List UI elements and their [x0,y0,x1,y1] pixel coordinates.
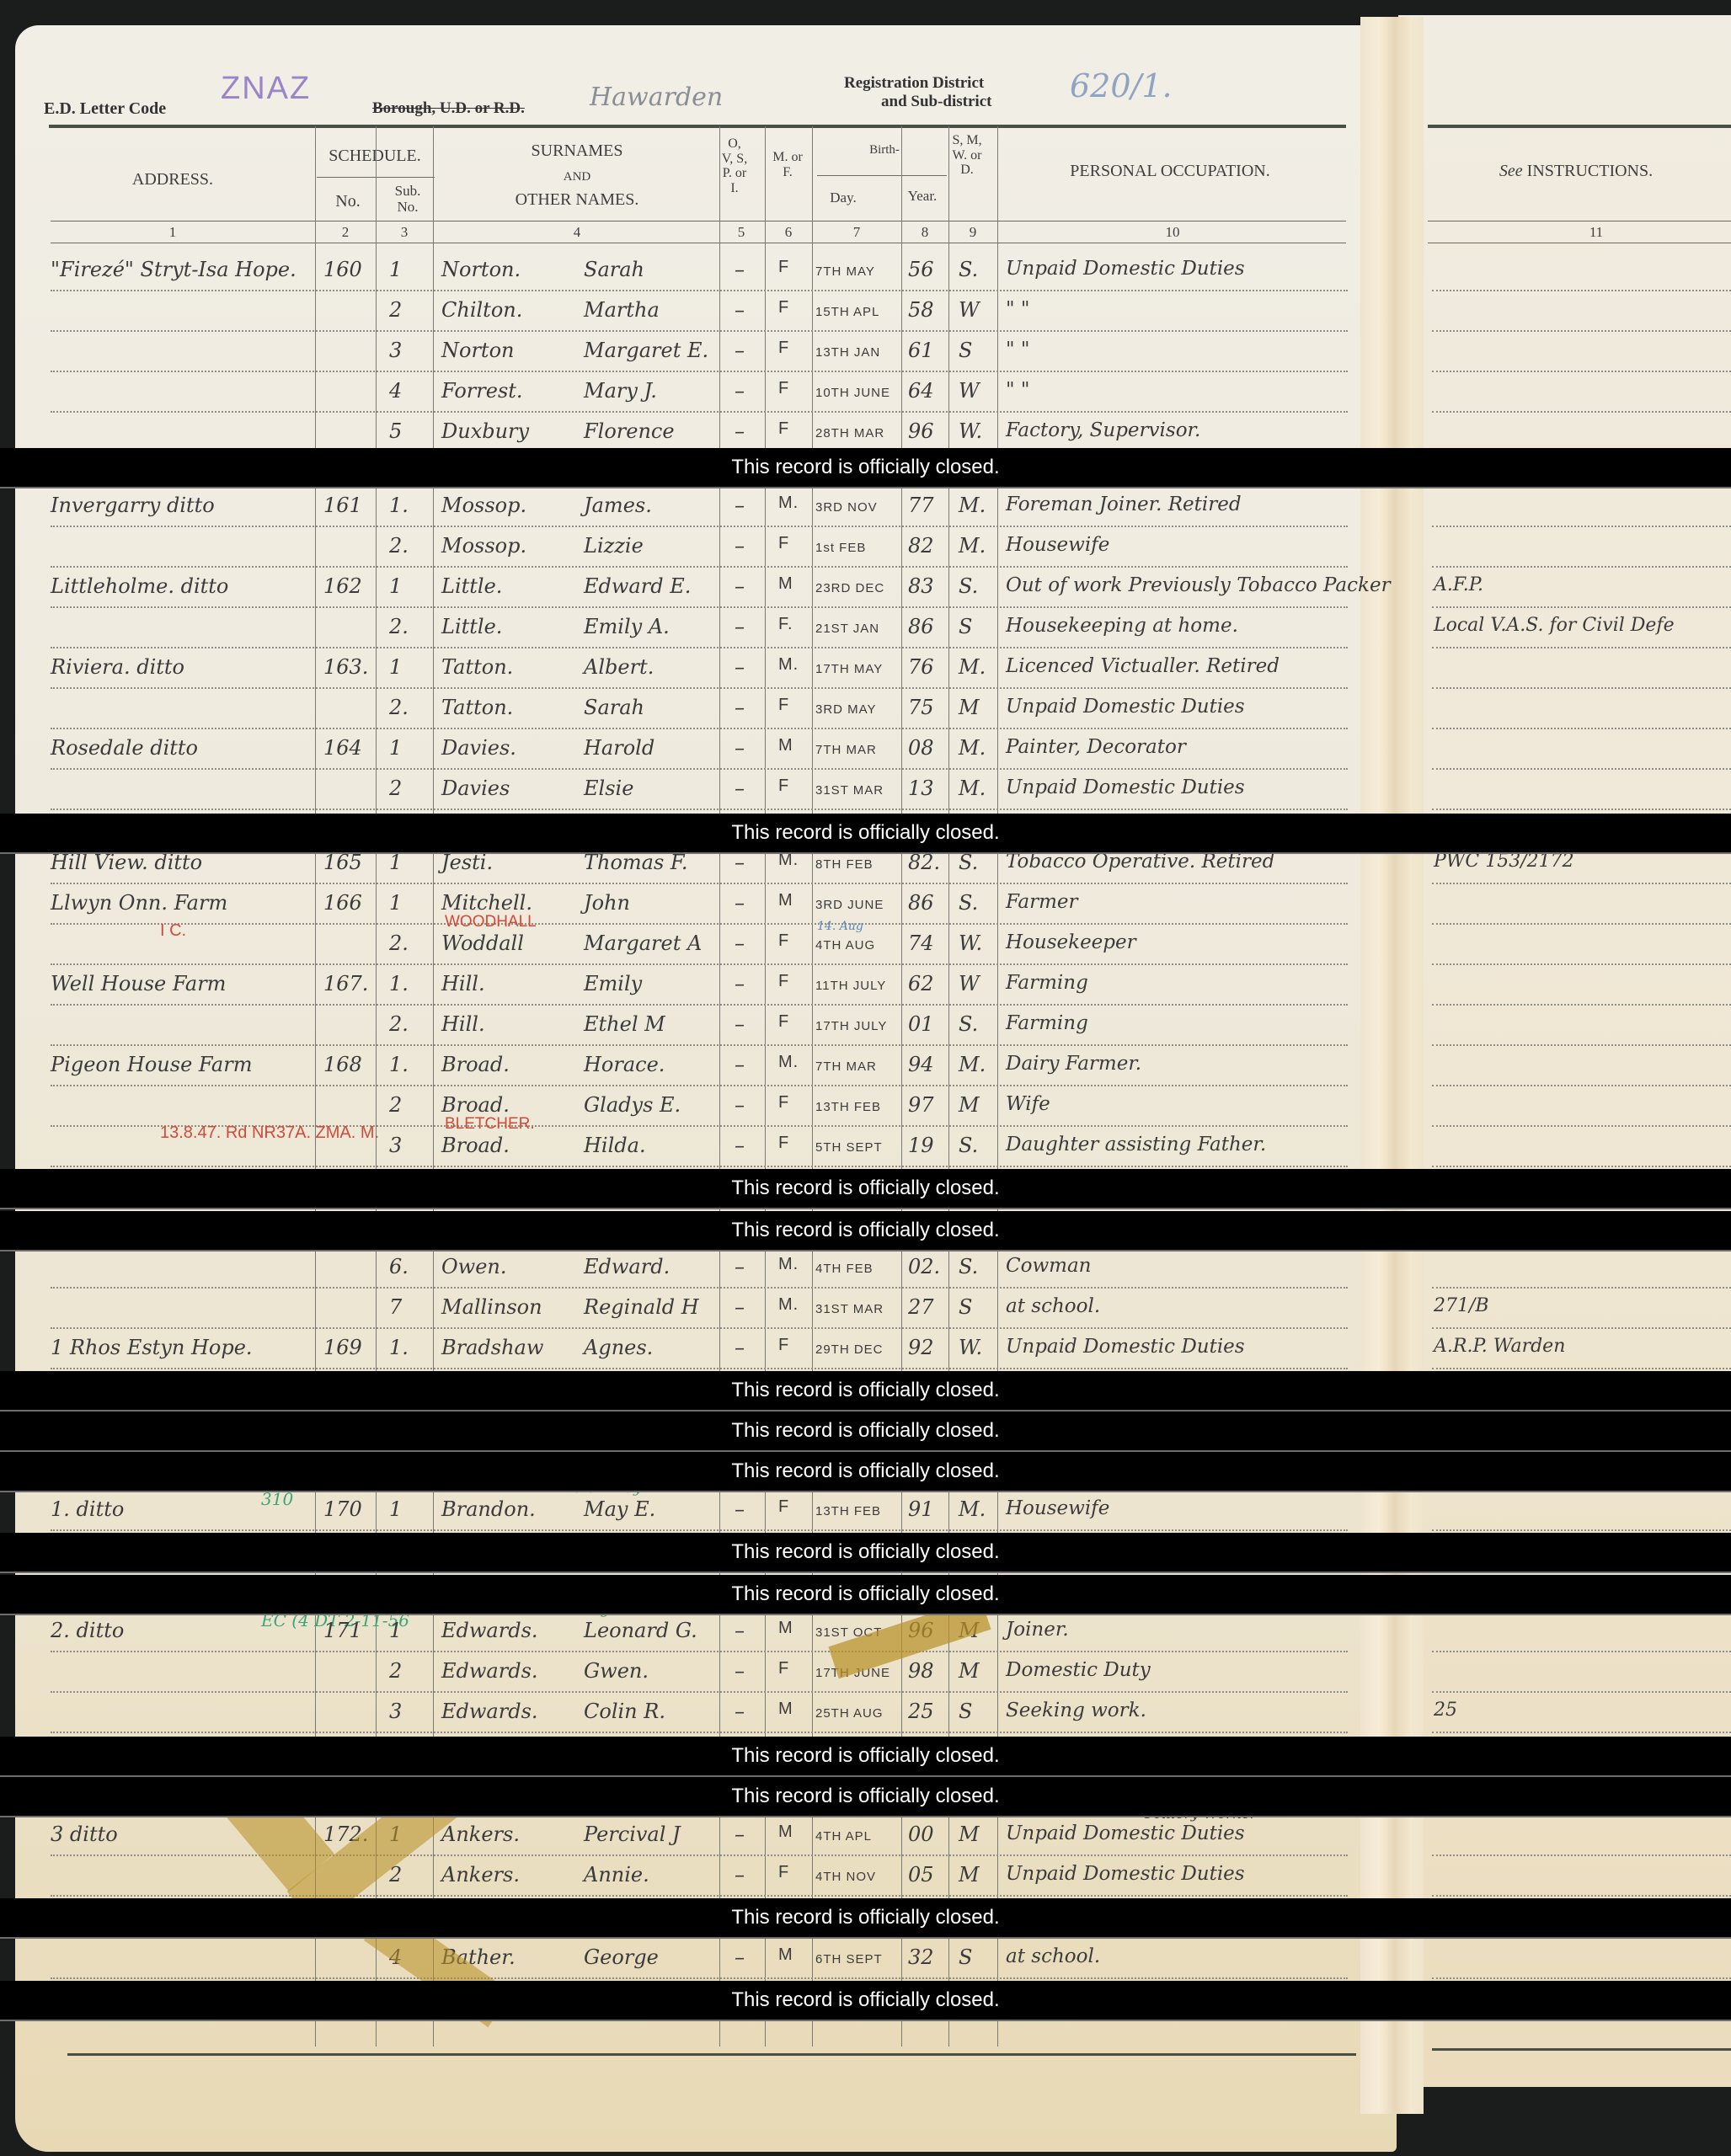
instructions-note: 25 [1434,1700,1457,1721]
row-ruling-right [1432,606,1731,608]
sub-number: 2. [389,696,409,719]
forename-cell: Margaret A [584,931,702,955]
sex-cell: M [778,1822,793,1842]
ovspi-cell: – [735,298,745,322]
birth-year-cell: 32 [908,1945,934,1969]
birth-year-cell: 96 [908,419,934,443]
forename-cell: Gwen. [584,1659,649,1683]
birth-year-cell: 92 [908,1336,934,1359]
sub-number: 1 [389,574,402,598]
census-row: "Firezé" Stryt-Isa Hope.1601Norton.Sarah… [0,253,1381,293]
closed-record-bar: This record is officially closed. [0,1412,1731,1452]
birth-year-cell: 94 [908,1053,934,1076]
ovspi-cell: – [735,696,745,719]
row-ruling [51,728,1348,729]
ovspi-cell: – [735,258,745,281]
sex-cell: F. [778,615,793,634]
marital-cell: S. [959,1012,978,1036]
header-rule [49,125,1346,128]
census-row: 7MallinsonReginald H–M.31ST MAR27Sat sch… [0,1290,1381,1331]
sex-cell: M [778,1619,793,1638]
closed-record-text: This record is officially closed. [731,1379,999,1402]
occupation-cell: Domestic Duty [1006,1659,1151,1681]
census-row: 4Forrest.Mary J.–F10TH JUNE64W" " [0,374,1381,414]
row-ruling-right [1432,1732,1731,1733]
sub-number: 3 [389,339,402,362]
marital-cell: S [959,615,972,638]
closed-record-text: This record is officially closed. [731,1460,999,1483]
forename-cell: May E. [584,1497,655,1521]
closed-record-text: This record is officially closed. [731,1219,999,1242]
ovspi-cell: – [735,1659,745,1683]
marital-cell: S [959,339,972,362]
forename-cell: Thomas F. [584,851,687,874]
surname-cell: Edwards. [441,1659,538,1683]
closed-record-bar: This record is officially closed. [0,1452,1731,1492]
surname-cell: Woddall [441,931,524,955]
row-ruling-right [1432,1529,1731,1531]
ovspi-cell: – [735,534,745,558]
ovspi-cell: – [735,776,745,800]
closed-record-bar: This record is officially closed. [0,1737,1731,1777]
birth-day-cell: 11TH JULY [815,979,886,993]
occupation-cell: " " [1006,339,1029,360]
birth-year-cell: 83 [908,574,934,598]
birth-year-cell: 97 [908,1093,934,1117]
occupation-cell: Unpaid Domestic Duties [1006,1336,1245,1358]
sex-cell: F [778,1093,789,1113]
birth-year-cell: 25 [908,1700,934,1723]
row-ruling [51,1085,1348,1086]
row-ruling-right [1432,566,1731,568]
row-ruling [51,1854,1348,1856]
sub-number: 2 [389,776,402,800]
row-ruling-right [1432,768,1731,770]
forename-cell: Gladys E. [584,1093,681,1117]
row-ruling-right [1432,526,1731,527]
birth-day-cell: 31ST MAR [815,783,884,798]
census-row: Well House Farm167.1.Hill.Emily–F11TH JU… [0,967,1381,1007]
occupation-cell: Factory, Supervisor. [1006,419,1200,441]
birth-day-cell: 10TH JUNE [815,386,890,400]
sub-number: 2 [389,1659,402,1683]
schedule-number: 171 [323,1619,362,1642]
marital-cell: M. [959,1053,986,1076]
forename-cell: Colin R. [584,1700,665,1723]
row-ruling-right [1432,963,1731,965]
ovspi-cell: – [735,1012,745,1036]
census-row: 2. dittoEC (4 DT 2-11-561711Edwards.Leon… [0,1614,1381,1654]
marital-cell: W [959,379,980,403]
surname-cell: Mossop. [441,494,526,517]
birth-day-cell: 3RD JUNE [815,898,884,912]
sub-number: 1. [389,972,409,995]
schedule-number: 160 [323,258,362,281]
marital-cell: S. [959,1255,978,1278]
forename-cell: Lizzie [584,534,644,558]
birth-year-cell: 82. [908,851,940,874]
marital-cell: S. [959,851,978,874]
birth-day-cell: 21ST JAN [815,622,879,636]
surname-cell: Forrest. [441,379,523,403]
sex-cell: F [778,776,789,796]
column-number: 2 [329,224,362,241]
address-cell: Llwyn Onn. Farm [51,891,227,915]
marital-cell: M. [959,736,986,760]
occupation-cell: Cowman [1006,1255,1091,1277]
birth-year-cell: 82 [908,534,934,558]
schedule-number: 168 [323,1053,362,1076]
row-ruling [51,1368,1348,1369]
col-schedule-no: No. [318,192,377,211]
sub-number: 7 [389,1295,402,1319]
sex-cell: M [778,574,793,594]
birth-day-cell: 4TH FEB [815,1262,874,1276]
address-annotation: 13.8.47. Rd NR37A. ZMA. M. [160,1123,379,1143]
census-row: 6.Owen.Edward.–M.4TH FEB02.S.Cowman [0,1250,1381,1290]
marital-cell: W [959,298,980,322]
row-ruling [51,1529,1348,1531]
birth-year-cell: 86 [908,615,934,638]
column-number: 6 [772,224,805,241]
occupation-cell: Housekeeping at home. [1006,615,1238,637]
row-ruling-right [1432,1004,1731,1006]
sub-number: 6. [389,1255,409,1278]
address-cell: Well House Farm [51,972,226,995]
surname-correction: WOODHALL [445,913,537,931]
birth-year-cell: 02. [908,1255,940,1278]
footer-rule [67,2053,1356,2056]
row-ruling [51,1977,1348,1979]
ovspi-cell: – [735,655,745,679]
marital-cell: M. [959,1497,986,1521]
forename-cell: James. [584,494,652,517]
sub-number: 4 [389,379,402,403]
census-row: 2.Tatton.Sarah–F3RD MAY75MUnpaid Domesti… [0,691,1381,731]
occupation-cell: Unpaid Domestic Duties [1006,696,1245,718]
sex-cell: F [778,1336,789,1355]
ovspi-cell: – [735,339,745,362]
marital-cell: M. [959,776,986,800]
birth-day-cell: 13TH FEB [815,1100,881,1114]
row-ruling [51,963,1348,965]
ovspi-cell: – [735,1134,745,1157]
census-row: Rosedale ditto1641Davies.Harold–M7TH MAR… [0,731,1381,771]
forename-cell: George [584,1945,659,1969]
ovspi-cell: – [735,891,745,915]
schedule-number: 169 [323,1336,362,1359]
forename-cell: Reginald H [584,1295,699,1319]
birth-day-cell: 4TH NOV [815,1870,876,1884]
instructions-note: A.F.P. [1434,574,1483,595]
occupation-cell: " " [1006,379,1029,401]
birth-day-cell: 7TH MAR [815,743,877,757]
row-ruling [51,526,1348,527]
colnum-bottom-rule-right [1428,243,1731,243]
birth-day-cell: 7TH MAY [815,264,875,279]
closed-record-text: This record is officially closed. [731,1582,999,1606]
col-schedule: SCHEDULE. [313,147,436,165]
forename-cell: Sarah [584,258,644,281]
census-row: Littleholme. ditto1621Little.Edward E.–M… [0,569,1381,610]
col-birth-day: Day. [815,190,871,206]
sex-cell: F [778,1863,789,1882]
birth-split-rule [817,175,947,176]
col-marital: S, M, W. or D. [950,133,984,178]
schedule-number: 162 [323,574,362,598]
closed-record-text: This record is officially closed. [731,1744,999,1768]
sub-number: 5 [389,419,402,443]
sex-cell: F [778,1659,789,1678]
ovspi-cell: – [735,851,745,874]
surname-cell: Mossop. [441,534,526,558]
sex-cell: F [778,339,789,358]
row-ruling [51,411,1348,413]
ovspi-cell: – [735,1336,745,1359]
ovspi-cell: – [735,1093,745,1117]
closed-record-bar: This record is officially closed. [0,814,1731,854]
surname-correction: BLETCHER. [445,1115,535,1134]
sex-cell: M [778,1700,793,1719]
address-cell: 2. ditto [51,1619,124,1642]
ovspi-cell: – [735,931,745,955]
row-ruling [51,1691,1348,1693]
row-ruling [51,1287,1348,1289]
birth-day-cell: 28TH MAR [815,426,884,440]
surname-cell: Mallinson [441,1295,542,1319]
occupation-cell: Licenced Victualler. Retired [1006,655,1280,677]
row-ruling-right [1432,1125,1731,1127]
registration-value: 620/1. [1070,67,1173,104]
surname-cell: Mitchell. [441,891,532,915]
header-bottom-rule-right [1428,221,1731,221]
ovspi-cell: – [735,1295,745,1319]
sex-cell: M [778,891,793,910]
birth-year-cell: 86 [908,891,934,915]
occupation-cell: Painter, Decorator [1006,736,1186,758]
occupation-cell: " " [1006,298,1029,320]
forename-cell: Martha [584,298,660,322]
census-row: 3 ditto172.1Ankers.Percival J–M4TH APL00… [0,1817,1381,1858]
surname-cell: Little. [441,574,502,598]
address-annotation: I C. [160,921,186,941]
forename-cell: Leonard G. [584,1619,697,1642]
birth-year-cell: 74 [908,931,934,955]
surname-cell: Edwards. [441,1619,538,1642]
surname-cell: Tatton. [441,696,513,719]
birth-day-cell: 13TH FEB [815,1504,881,1518]
sub-number: 1 [389,1497,402,1521]
forename-cell: Percival J [584,1822,681,1846]
census-row: 2.Hill.Ethel M–F17TH JULY01S.Farming [0,1007,1381,1048]
birth-day-cell: 3RD NOV [815,500,878,515]
census-row: 2Ankers.Annie.–F4TH NOV05MUnpaid Domesti… [0,1858,1381,1898]
birth-day-cell: 4TH AUG [815,938,875,953]
surname-cell: Tatton. [441,655,513,679]
surname-cell: Norton. [441,258,521,281]
census-row: 4Bather.George–M6TH SEPT32Sat school. [0,1940,1381,1981]
forename-cell: Emily A. [584,615,670,638]
row-ruling [51,606,1348,608]
address-cell: Invergarry ditto [51,494,215,517]
surname-cell: Broad. [441,1134,510,1157]
row-ruling-right [1432,290,1731,291]
occupation-cell: Unpaid Domestic Duties [1006,1822,1245,1844]
surname-cell: Hill. [441,972,485,995]
closed-record-bar: This record is officially closed. [0,448,1731,488]
marital-cell: M. [959,534,986,558]
footer-rule-right [1432,2048,1731,2051]
row-ruling-right [1432,728,1731,729]
row-ruling [51,883,1348,884]
sex-cell: F [778,298,789,318]
row-ruling [51,647,1348,648]
surname-cell: Ankers. [441,1863,520,1886]
ovspi-cell: – [735,419,745,443]
ed-letter-code-value: ZNAZ [221,71,311,107]
birth-day-cell: 8TH FEB [815,857,874,872]
sub-number: 1. [389,1336,409,1359]
forename-cell: Florence [584,419,675,443]
forename-cell: Horace. [584,1053,665,1076]
ovspi-cell: – [735,494,745,517]
row-ruling [51,1651,1348,1652]
sex-cell: M. [778,655,799,675]
ovspi-cell: – [735,1822,745,1846]
ovspi-cell: – [735,1945,745,1969]
marital-cell: S [959,1700,972,1723]
forename-cell: Sarah [584,696,644,719]
col-sex: M. or F. [768,150,807,179]
row-ruling-right [1432,1368,1731,1369]
row-ruling [51,566,1348,568]
column-number: 8 [908,224,942,241]
sub-number: 1 [389,1619,402,1642]
header-rule-right [1428,125,1731,128]
birth-day-cell: 15TH APL [815,305,879,319]
sub-number: 1. [389,1053,409,1076]
sub-number: 1 [389,736,402,760]
surname-cell: Duxbury [441,419,529,443]
col-ovspi: O, V, S, P. or I. [721,136,748,195]
row-ruling-right [1432,808,1731,810]
row-ruling-right [1432,1854,1731,1856]
birth-year-cell: 08 [908,736,934,760]
closed-record-bar: This record is officially closed. [0,1575,1731,1615]
surname-cell: Bradshaw [441,1336,543,1359]
schedule-number: 165 [323,851,362,874]
marital-cell: S [959,1945,972,1969]
occupation-cell: Housewife [1006,1497,1109,1519]
census-row: Riviera. ditto163.1Tatton.Albert.–M.17TH… [0,650,1381,691]
column-number: 4 [560,224,594,241]
marital-cell: M. [959,494,986,517]
surname-cell: Brandon. [441,1497,536,1521]
census-row: 2Broad.Gladys E.–F13TH FEB97MWife [0,1088,1381,1129]
surname-cell: Davies. [441,736,516,760]
row-ruling [51,923,1348,925]
census-row: I C.2.WoddallWOODHALLMargaret A–F4TH AUG… [0,926,1381,967]
census-row: 3NortonMargaret E.–F13TH JAN61S" " [0,334,1381,374]
sex-cell: F [778,696,789,715]
sex-cell: F [778,534,789,553]
row-ruling [51,1327,1348,1329]
row-ruling [51,808,1348,810]
row-ruling-right [1432,1044,1731,1046]
closed-record-text: This record is officially closed. [731,1177,999,1200]
row-ruling-right [1432,411,1731,413]
census-row: Llwyn Onn. Farm1661Mitchell.John–M3RD JU… [0,886,1381,926]
sex-cell: M. [778,1295,799,1315]
forename-cell: Emily [584,972,642,995]
sex-cell: F [778,931,789,951]
sex-cell: F [778,1134,789,1153]
occupation-cell: Joiner. [1006,1619,1069,1641]
schedule-number: 170 [323,1497,362,1521]
instructions-note: A.R.P. Warden [1434,1336,1565,1357]
birth-day-cell: 31ST MAR [815,1302,884,1316]
surname-cell: Davies [441,776,510,800]
closed-record-text: This record is officially closed. [731,1419,999,1443]
col-surnames: SURNAMES [438,141,716,160]
row-ruling-right [1432,1327,1731,1329]
surname-cell: Ankers. [441,1822,520,1846]
birth-year-cell: 56 [908,258,934,281]
forename-cell: Edward E. [584,574,691,598]
census-row: 1. ditto3101701Brandon.May E.Edith May–F… [0,1492,1381,1533]
closed-record-text: This record is officially closed. [731,1906,999,1929]
birth-day-cell: 23RD DEC [815,581,884,595]
occupation-cell: Unpaid Domestic Duties [1006,258,1245,280]
birth-year-cell: 91 [908,1497,934,1521]
sub-number: 2. [389,615,409,638]
col-instructions: See INSTRUCTIONS. [1429,162,1723,180]
birth-year-cell: 27 [908,1295,934,1319]
row-ruling [51,1044,1348,1046]
closed-record-text: This record is officially closed. [731,1988,999,2012]
forename-cell: Margaret E. [584,339,708,362]
census-row: 1 Rhos Estyn Hope.1691.BradshawAgnes.–F2… [0,1331,1381,1371]
surname-cell: Chilton. [441,298,522,322]
census-row: 13.8.47. Rd NR37A. ZMA. M.3Broad.BLETCHE… [0,1129,1381,1169]
ovspi-cell: – [735,1700,745,1723]
col-address: ADDRESS. [51,170,295,189]
birth-year-cell: 05 [908,1863,934,1886]
sex-cell: F [778,379,789,398]
address-cell: Littleholme. ditto [51,574,228,598]
occupation-cell: Out of work Previously Tobacco Packer [1006,574,1391,596]
ovspi-cell: – [735,574,745,598]
birth-year-cell: 01 [908,1012,934,1036]
occupation-cell: at school. [1006,1945,1100,1967]
surname-cell: Broad. [441,1093,510,1117]
ovspi-cell: – [735,972,745,995]
address-cell: Riviera. ditto [51,655,184,679]
sub-number: 2. [389,931,409,955]
birth-day-cell: 29TH DEC [815,1342,884,1357]
birth-day-cell: 17TH JULY [815,1019,887,1033]
schedule-number: 164 [323,736,362,760]
row-ruling-right [1432,330,1731,332]
row-ruling [51,330,1348,332]
ovspi-cell: – [735,1053,745,1076]
col-birth-year: Year. [898,189,947,205]
instructions-note: Local V.A.S. for Civil Defe [1434,615,1675,636]
column-number: 5 [724,224,758,241]
marital-cell: W. [959,1336,982,1359]
birth-year-cell: 58 [908,298,934,322]
registration-label-2: and Sub-district [881,93,991,111]
